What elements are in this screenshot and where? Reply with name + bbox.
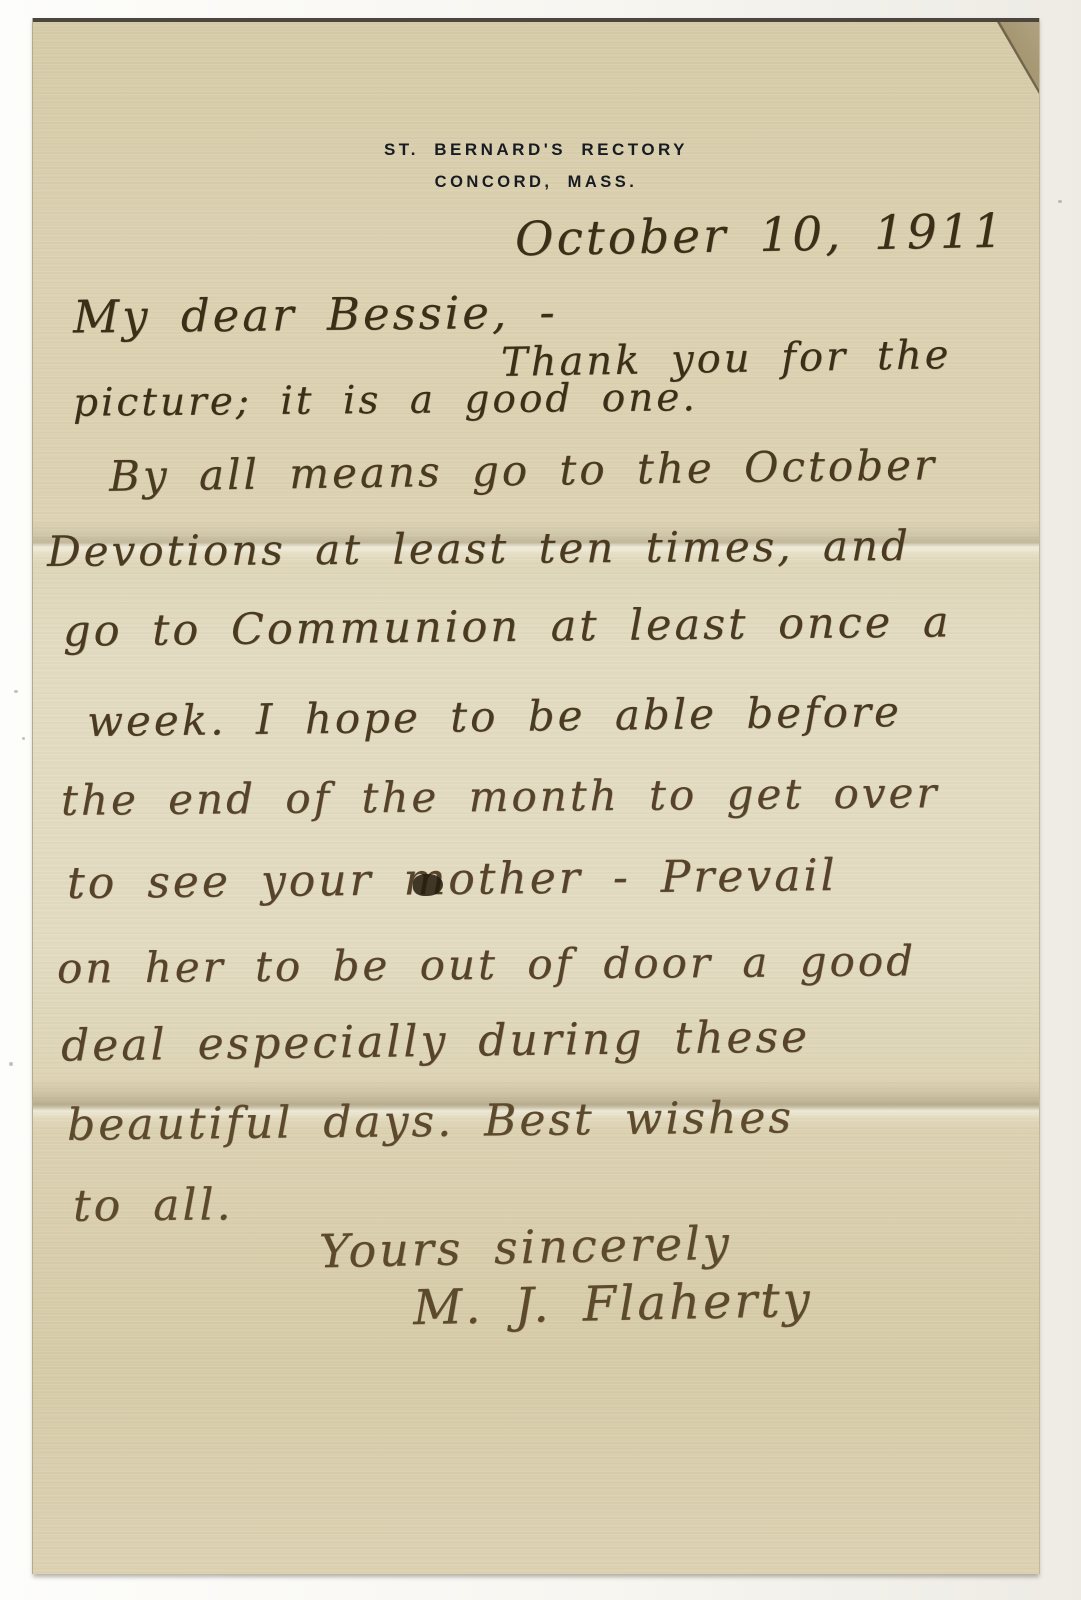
handwritten-line: picture; it is a good one.: [73, 375, 698, 425]
date-line: October 10, 1911: [515, 204, 1007, 268]
handwritten-line: to all.: [73, 1179, 234, 1231]
handwritten-line: go to Communion at least once a: [63, 597, 952, 656]
handwritten-line: on her to be out of door a good: [57, 936, 916, 992]
salutation-line: My dear Bessie, -: [73, 285, 558, 343]
dust-speck: [14, 690, 18, 693]
handwritten-line: By all means go to the October: [109, 440, 938, 501]
handwritten-line: deal especially during these: [61, 1011, 811, 1071]
scan-background: ST. BERNARD'S RECTORY CONCORD, MASS. Oct…: [0, 0, 1081, 1600]
letter-paper: ST. BERNARD'S RECTORY CONCORD, MASS. Oct…: [33, 18, 1039, 1574]
signature: M. J. Flaherty: [412, 1272, 813, 1336]
dust-speck: [1058, 200, 1062, 203]
handwritten-line: Devotions at least ten times, and: [47, 521, 911, 576]
closing-line: Yours sincerely: [318, 1216, 732, 1279]
letterhead: ST. BERNARD'S RECTORY CONCORD, MASS.: [33, 140, 1039, 192]
letterhead-rectory-name: ST. BERNARD'S RECTORY: [33, 140, 1039, 160]
handwritten-line: week. I hope to be able before: [87, 687, 902, 746]
dust-speck: [22, 737, 25, 740]
handwritten-line: the end of the month to get over: [61, 768, 940, 825]
handwritten-line: to see your mother - Prevail: [67, 850, 838, 909]
dust-speck: [9, 1062, 13, 1066]
handwritten-line: beautiful days. Best wishes: [67, 1092, 794, 1151]
letterhead-city: CONCORD, MASS.: [33, 173, 1039, 192]
